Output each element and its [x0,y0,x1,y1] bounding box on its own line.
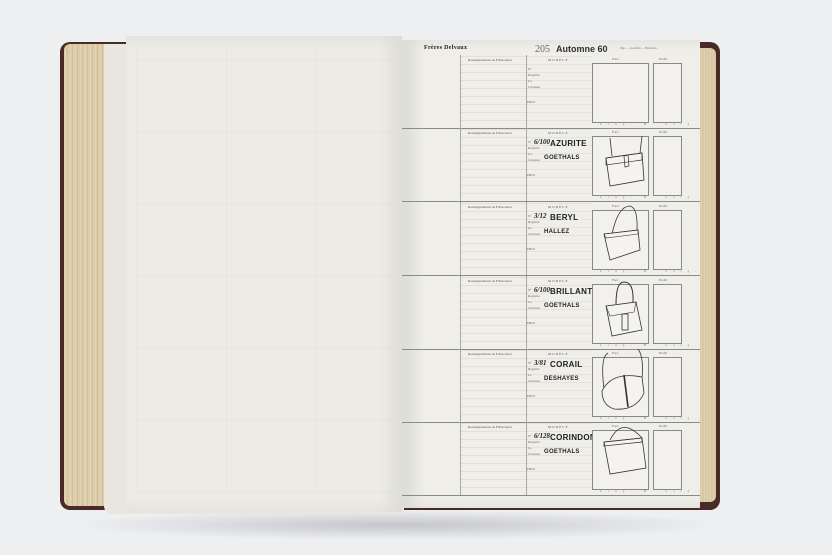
season-title: Automne 60 [556,44,608,54]
fabrication-column: Renseignements de Fabrication [460,422,527,495]
maker-name: GOETHALS [544,449,580,455]
dimensions-label: Long. H. Larg. [600,343,702,347]
maker-name: GOETHALS [544,155,580,161]
field-le-label: Le [528,446,532,450]
ledger-entry: Renseignements de Fabrication MODÈLE Nº … [402,55,700,129]
book-shadow [66,510,726,540]
field-le-label: Le [528,373,532,377]
faint-show-through-grid [136,46,392,492]
field-createur-label: Créateur [528,232,540,236]
fabrication-label: Renseignements de Fabrication [468,279,512,283]
prix-label: PRIX [527,246,531,252]
prix-label: PRIX [527,466,531,472]
model-name: BRILLANT [550,287,592,296]
blank-column [402,276,461,349]
prix-label: PRIX [527,393,531,399]
field-no-label: Nº [528,361,532,365]
profil-label: Profil [659,424,667,428]
modele-label: MODÈLE [548,205,569,209]
prix-label: PRIX [527,172,531,178]
ledger-entry: Renseignements de Fabrication MODÈLE Nº … [402,128,700,202]
modele-label: MODÈLE [548,425,569,429]
field-no-label: Nº [528,434,532,438]
model-name: BERYL [550,213,578,222]
right-page-ledger: Frères Delvaux 205 Automne 60 Imp. — Goe… [402,40,700,508]
page-number: 205 [535,44,550,55]
dimensions-label: Long. H. Larg. [600,269,702,273]
profil-sketch-box [653,430,682,490]
fabrication-column: Renseignements de Fabrication [460,202,527,275]
field-le-label: Le [528,152,532,156]
fabrication-label: Renseignements de Fabrication [468,425,512,429]
profil-sketch-box [653,136,682,196]
blank-column [402,55,461,128]
field-registre-label: Registre [528,73,540,77]
profil-sketch-box [653,357,682,417]
field-createur-label: Créateur [528,85,540,89]
field-le-label: Le [528,226,532,230]
model-column: MODÈLE Nº Registre Le Créateur PRIX [526,55,592,128]
bag-sketch-icon [592,202,652,275]
right-page-stack [700,48,716,502]
ledger-entry: Renseignements de Fabrication MODÈLE Nº … [402,422,700,496]
field-registre-label: Registre [528,440,540,444]
field-createur-label: Créateur [528,158,540,162]
field-createur-label: Créateur [528,306,540,310]
left-page-blank [126,36,402,512]
face-label: Face [612,57,619,61]
bag-sketch-icon [592,276,652,349]
blank-column [402,202,461,275]
dimensions-label: Long. H. Larg. [600,195,702,199]
profil-label: Profil [659,278,667,282]
modele-label: MODÈLE [548,131,569,135]
blank-column [402,128,461,201]
model-column: MODÈLE Nº Registre Le Créateur 6/100 AZU… [526,128,592,201]
fabrication-label: Renseignements de Fabrication [468,352,512,356]
field-createur-label: Créateur [528,452,540,456]
bag-sketch-icon [592,349,652,422]
field-registre-label: Registre [528,294,540,298]
dimensions-label: Long. H. Larg. [600,489,702,493]
field-no-label: Nº [528,288,532,292]
field-le-label: Le [528,79,532,83]
fabrication-column: Renseignements de Fabrication [460,349,527,422]
modele-label: MODÈLE [548,279,569,283]
modele-label: MODÈLE [548,352,569,356]
field-registre-label: Registre [528,220,540,224]
profil-label: Profil [659,204,667,208]
model-column: MODÈLE Nº Registre Le Créateur 3/12 BERY… [526,202,592,275]
bag-sketch-icon [592,422,652,495]
face-sketch-box [592,63,649,123]
maker-name: GOETHALS [544,303,580,309]
profil-sketch-box [653,63,682,123]
fabrication-column: Renseignements de Fabrication [460,128,527,201]
bag-sketch-icon [592,128,652,201]
ledger-entry: Renseignements de Fabrication MODÈLE Nº … [402,202,700,276]
profil-sketch-box [653,284,682,344]
field-registre-label: Registre [528,146,540,150]
model-name: CORINDON [550,433,596,442]
fabrication-column: Renseignements de Fabrication [460,276,527,349]
model-number: 3/12 [534,212,546,220]
model-number: 6/128 [534,432,550,440]
model-number: 3/81 [534,359,546,367]
blank-column [402,349,461,422]
model-column: MODÈLE Nº Registre Le Créateur 6/128 COR… [526,422,592,495]
ledger-entry: Renseignements de Fabrication MODÈLE Nº … [402,349,700,423]
fabrication-column: Renseignements de Fabrication [460,55,527,128]
blank-column [402,422,461,495]
page-header: Frères Delvaux 205 Automne 60 Imp. — Goe… [402,40,700,56]
field-no-label: Nº [528,214,532,218]
field-no-label: Nº [528,67,532,71]
ledger-entry: Renseignements de Fabrication MODÈLE Nº … [402,276,700,350]
model-name: CORAIL [550,360,582,369]
fabrication-label: Renseignements de Fabrication [468,205,512,209]
dimensions-label: Long. H. Larg. [600,122,702,126]
printer-note: Imp. — Goethals — Bruxelles [620,46,657,50]
profil-sketch-box [653,210,682,270]
brand-name: Frères Delvaux [424,45,467,51]
field-registre-label: Registre [528,367,540,371]
prix-label: PRIX [527,320,531,326]
model-number: 6/100 [534,286,550,294]
model-column: MODÈLE Nº Registre Le Créateur 3/81 CORA… [526,349,592,422]
fabrication-label: Renseignements de Fabrication [468,131,512,135]
field-le-label: Le [528,300,532,304]
model-name: AZURITE [550,139,587,148]
model-number: 6/100 [534,138,550,146]
field-no-label: Nº [528,140,532,144]
field-createur-label: Créateur [528,379,540,383]
maker-name: HALLEZ [544,229,569,235]
fabrication-label: Renseignements de Fabrication [468,58,512,62]
maker-name: DESHAYES [544,376,579,382]
prix-label: PRIX [527,99,531,105]
profil-label: Profil [659,351,667,355]
dimensions-label: Long. H. Larg. [600,416,702,420]
modele-label: MODÈLE [548,58,569,62]
profil-label: Profil [659,130,667,134]
profil-label: Profil [659,57,667,61]
model-column: MODÈLE Nº Registre Le Créateur 6/100 BRI… [526,276,592,349]
